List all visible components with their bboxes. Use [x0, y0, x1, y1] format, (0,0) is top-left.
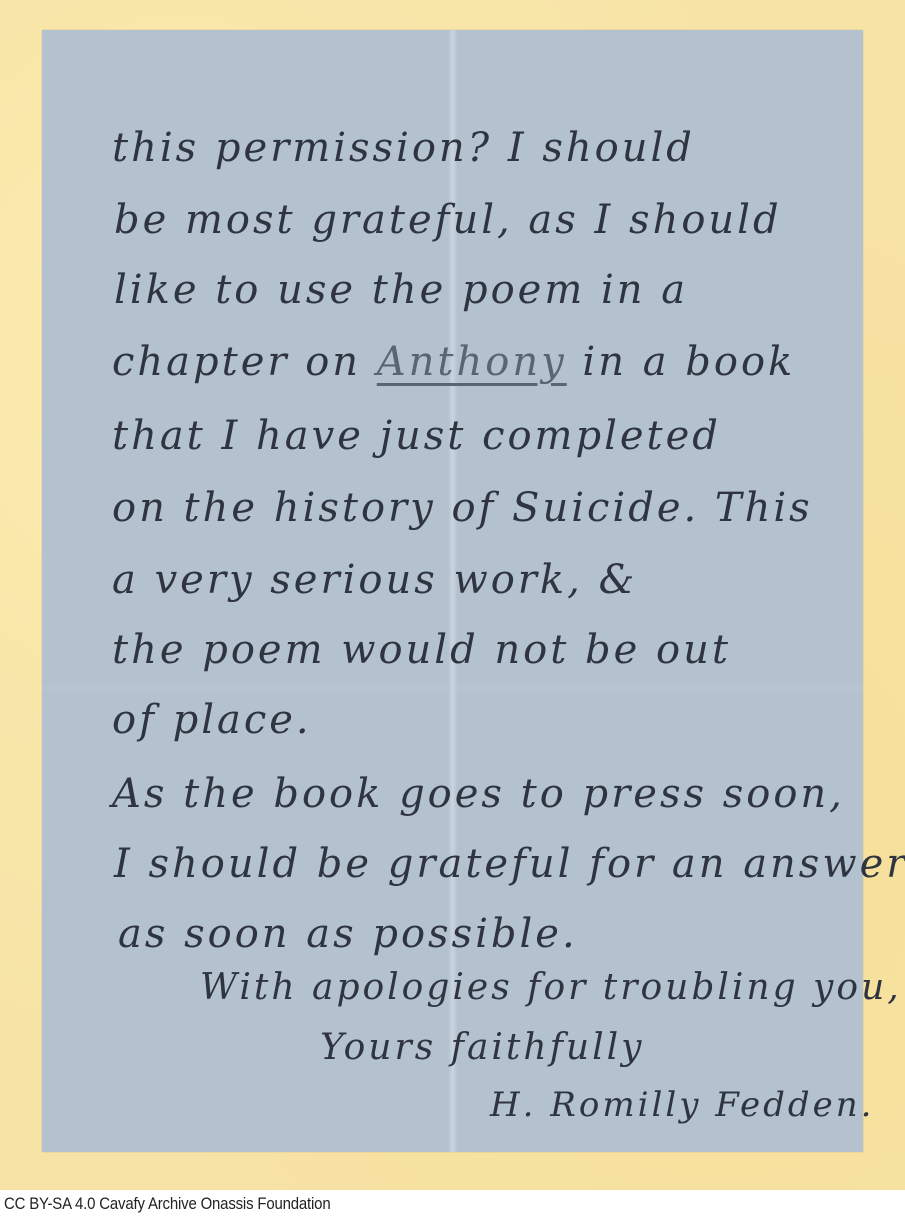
- letter-line-4: chapter on Anthony in a book: [112, 342, 795, 382]
- letter-page: this permission? I should be most gratef…: [42, 30, 863, 1152]
- letter-line-11: I should be grateful for an answer: [114, 844, 905, 884]
- letter-line-12: as soon as possible.: [118, 914, 578, 954]
- underlined-anthony: Anthony: [377, 339, 567, 385]
- letter-line-8: the poem would not be out: [112, 630, 731, 670]
- copyright-credit: CC BY-SA 4.0 Cavafy Archive Onassis Foun…: [4, 1194, 330, 1214]
- in-a-book-text: in a book: [582, 339, 795, 385]
- letter-line-3: like to use the poem in a: [114, 270, 688, 310]
- letter-line-10: As the book goes to press soon,: [112, 774, 845, 814]
- letter-line-7: a very serious work, &: [112, 560, 637, 600]
- letter-line-5: that I have just completed: [112, 416, 721, 456]
- signature: H. Romilly Fedden.: [490, 1088, 874, 1122]
- closing-apology: With apologies for troubling you,: [200, 970, 902, 1006]
- letter-line-9: of place.: [112, 700, 312, 740]
- chapter-on-text: chapter on: [112, 339, 361, 385]
- letter-line-6: on the history of Suicide. This: [112, 488, 813, 528]
- letter-line-1: this permission? I should: [112, 128, 695, 168]
- closing-valediction: Yours faithfully: [320, 1030, 644, 1066]
- letter-line-2: be most grateful, as I should: [114, 200, 782, 240]
